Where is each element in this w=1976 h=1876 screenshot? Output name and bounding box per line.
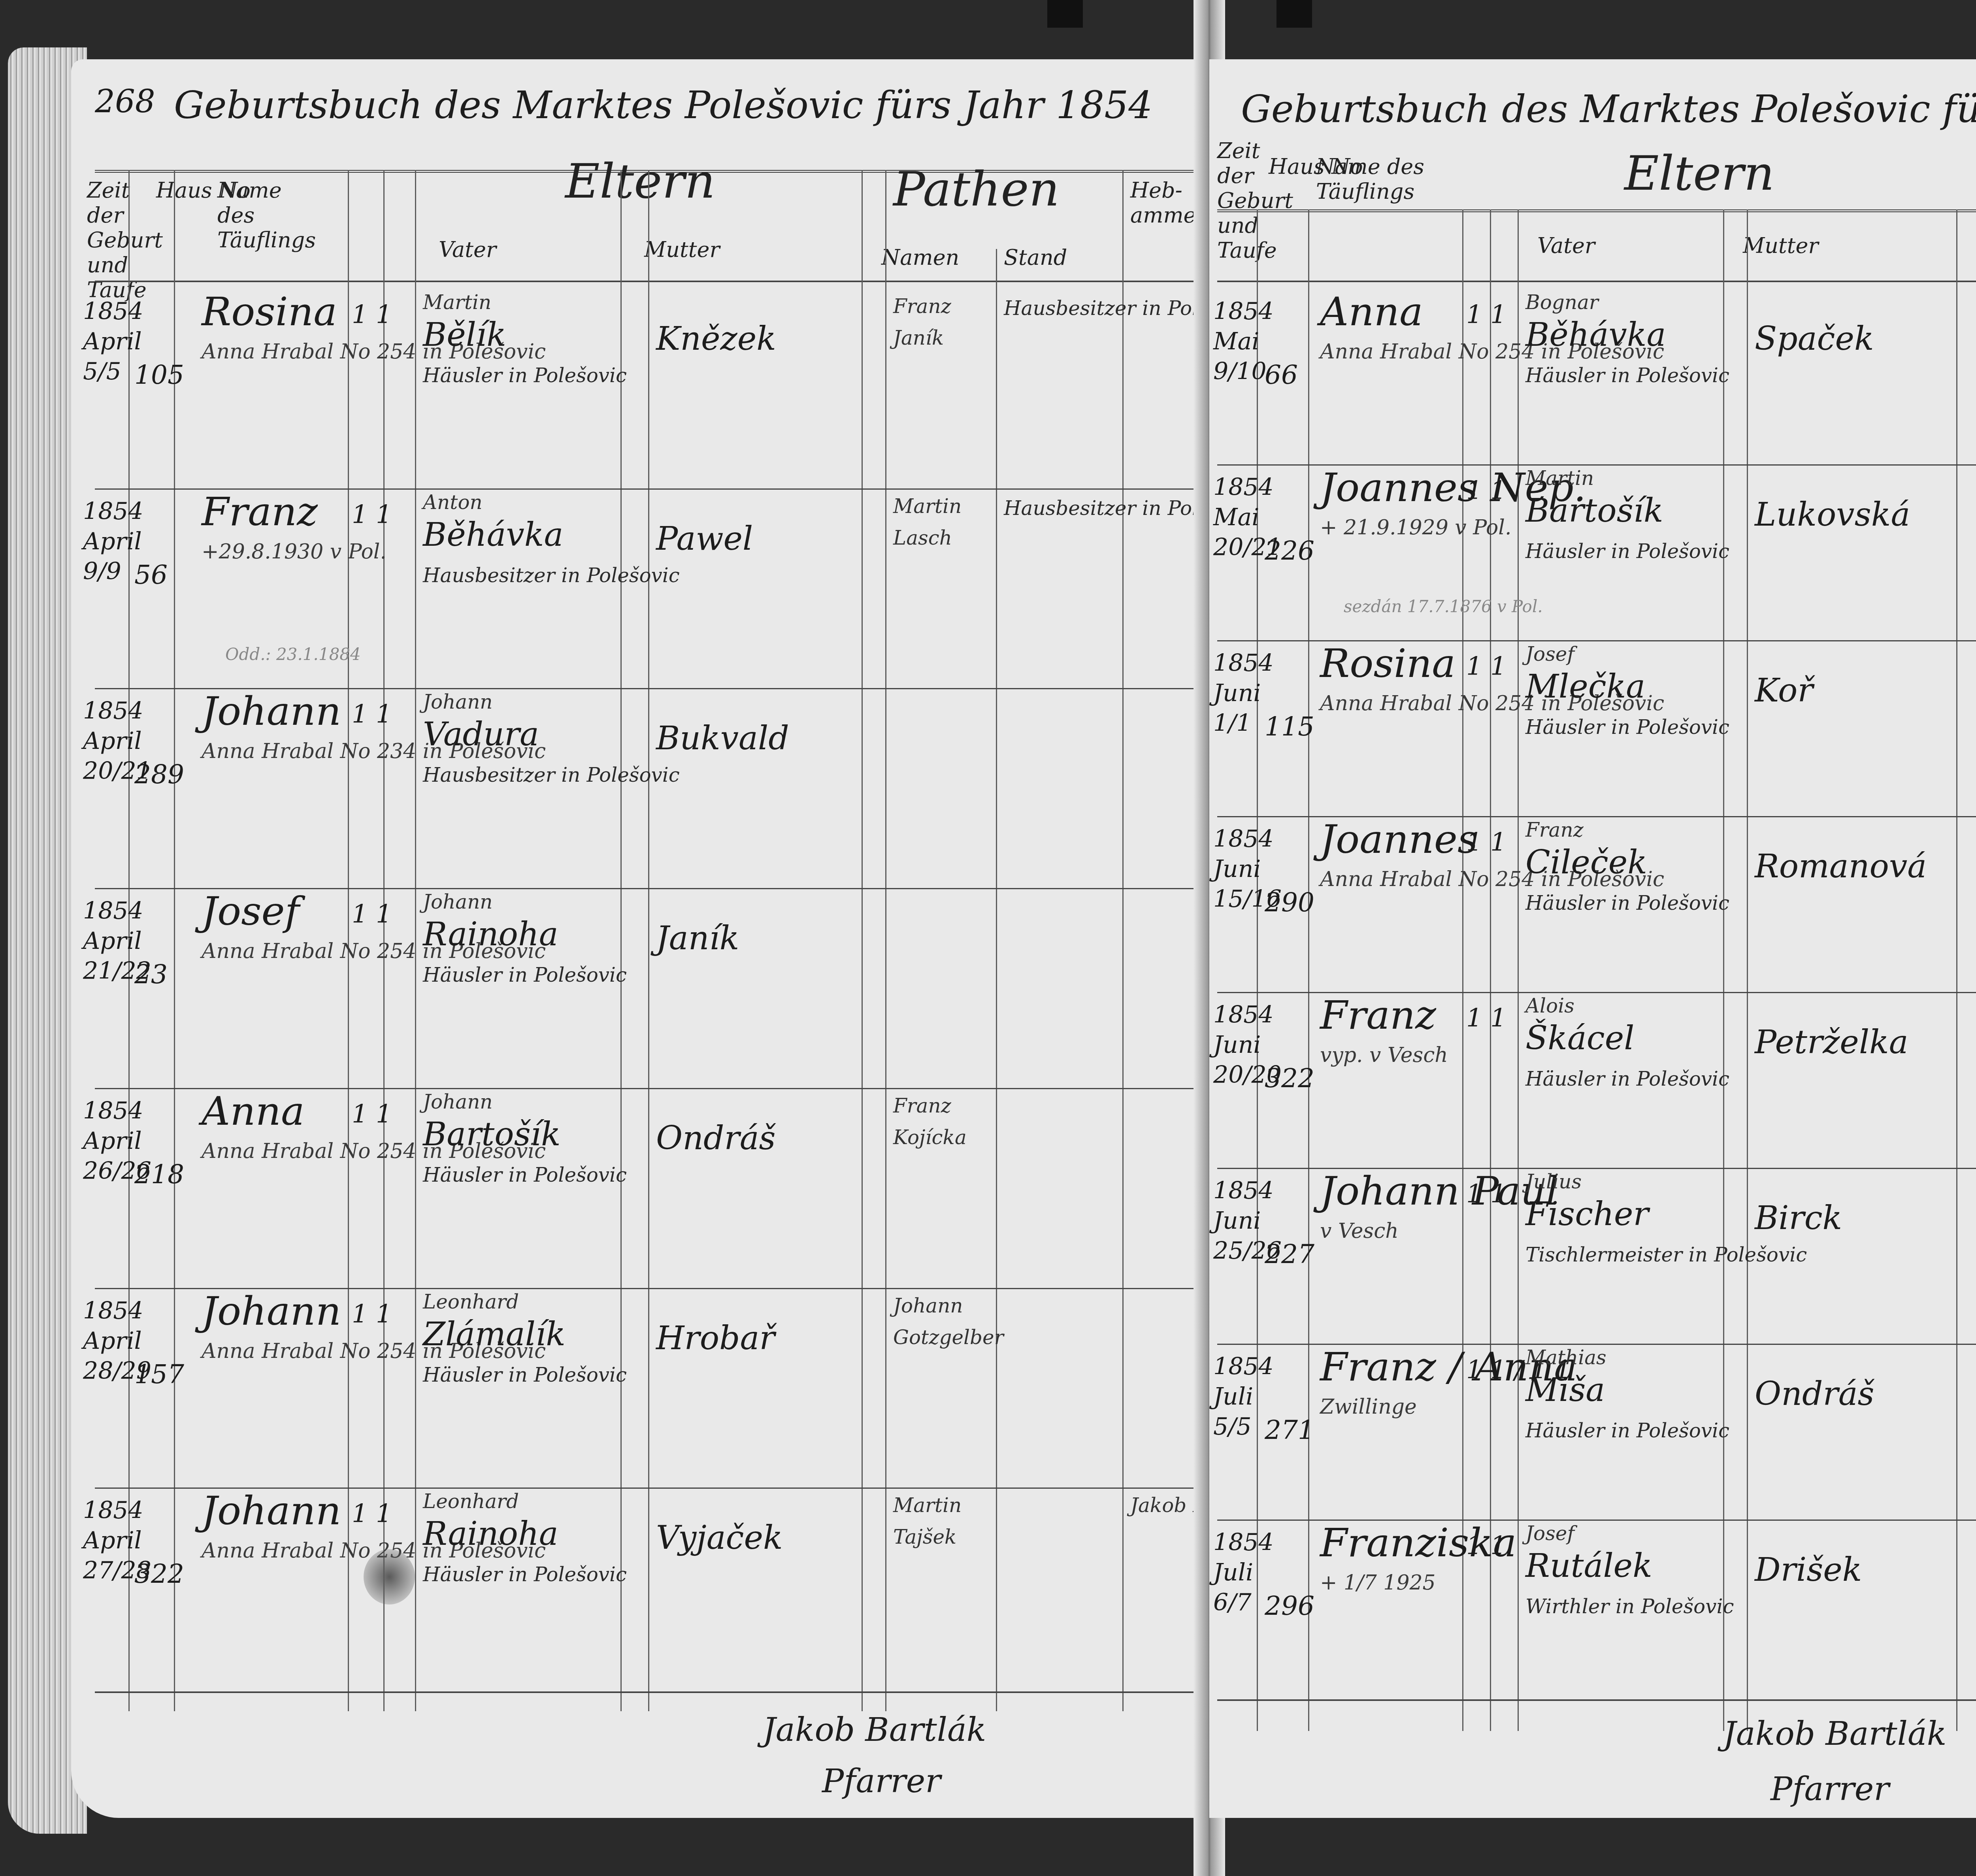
mother-surname: Hrobař — [656, 1320, 775, 1357]
legitimacy-marks: 1 1 — [1466, 1004, 1507, 1033]
priest-title: Pfarrer — [1770, 1770, 1889, 1808]
legitimacy-marks: 1 1 — [1466, 1531, 1507, 1561]
entry-date: 1854 April 28/29 — [83, 1296, 130, 1386]
register-entry: 1854 Juni 1/1115RosinaAnna Hrabal No 254… — [1209, 640, 1976, 816]
legitimacy-marks: 1 1 — [352, 1300, 392, 1329]
page-header: Geburtsbuch des Marktes Polešovic fürs J… — [174, 83, 1152, 127]
house-number: 66 — [1265, 360, 1298, 390]
father-occupation: Häusler in Polešovic — [1525, 1415, 1729, 1446]
entry-date: 1854 Juni 25/26 — [1213, 1176, 1257, 1266]
legitimacy-marks: 1 1 — [1466, 300, 1507, 330]
father-occupation: Häusler in Polešovic — [423, 1559, 627, 1590]
entry-date: 1854 Juni 15/16 — [1213, 824, 1257, 914]
register-entry: 1854 Juni 15/16290JoannesAnna Hrabal No … — [1209, 816, 1976, 992]
child-name: Johann Paul — [1320, 1168, 1559, 1214]
child-name: Anna — [202, 1088, 305, 1134]
legitimacy-marks: 1 1 — [1466, 476, 1507, 505]
father-surname: Zlámalík — [423, 1316, 566, 1353]
father-occupation: Häusler in Polešovic — [1525, 1063, 1729, 1095]
entry-date: 1854 April 27/28 — [83, 1495, 130, 1586]
father-first-name: Julius — [1525, 1168, 1582, 1195]
col-mother-header: Mutter — [1743, 233, 1818, 258]
entry-date: 1854 April 5/5 — [83, 296, 130, 387]
mother-surname: Petrželka — [1755, 1024, 1908, 1061]
mother-surname: Bukvald — [656, 720, 789, 757]
godparent-first-name: Franz — [893, 1092, 951, 1120]
father-first-name: Anton — [423, 488, 483, 516]
entry-divider — [1217, 640, 1976, 641]
godparent-first-name: Franz — [893, 292, 951, 320]
entry-date: 1854 April 9/9 — [83, 496, 130, 586]
child-name: Johann — [202, 1488, 341, 1534]
house-number: 296 — [1265, 1591, 1314, 1621]
house-number: 289 — [134, 759, 184, 790]
child-name: Johann — [202, 688, 341, 734]
house-number: 56 — [134, 560, 168, 590]
father-surname: Rainoha — [423, 1515, 558, 1553]
godparent-first-name: Martin — [893, 492, 962, 520]
father-first-name: Leonhard — [423, 1288, 519, 1316]
priest-title: Pfarrer — [822, 1763, 941, 1800]
col-child-header: Name des Täuflings — [217, 178, 316, 253]
father-surname: Škácel — [1525, 1020, 1634, 1057]
mother-surname: Koř — [1755, 672, 1813, 709]
house-number: 290 — [1265, 887, 1314, 918]
father-occupation: Häusler in Polešovic — [1525, 535, 1729, 567]
father-surname: Běhávka — [1525, 316, 1666, 354]
entry-divider — [1217, 1520, 1976, 1521]
ink-stain — [364, 1549, 415, 1604]
house-number: 227 — [1265, 1239, 1314, 1269]
annotation: Odd.: 23.1.1884 — [225, 645, 361, 664]
col-mother-header: Mutter — [644, 237, 720, 262]
entry-divider — [1217, 1168, 1976, 1169]
father-occupation: Häusler in Polešovic — [423, 360, 627, 391]
father-first-name: Franz — [1525, 816, 1584, 844]
father-occupation: Wirthler in Polešovic — [1525, 1591, 1734, 1622]
page-number: 268 — [95, 83, 155, 120]
entry-divider — [95, 1288, 1201, 1289]
child-name: Johann — [202, 1288, 341, 1334]
priest-signature: Jakob Bartlák — [1723, 1715, 1946, 1753]
register-entry: 1854 April 20/21289JohannAnna Hrabal No … — [71, 688, 1209, 888]
child-note: +29.8.1930 v Pol. — [202, 540, 387, 564]
godparent-surname: Tajšek — [893, 1523, 956, 1551]
entry-divider — [1217, 816, 1976, 817]
child-note: + 21.9.1929 v Pol. — [1320, 516, 1512, 539]
father-surname: Bartošík — [423, 1116, 561, 1153]
house-number: 218 — [134, 1159, 184, 1190]
child-name: Rosina — [202, 288, 337, 335]
father-occupation: Häusler in Polešovic — [1525, 711, 1729, 743]
legitimacy-marks: 1 1 — [352, 1100, 392, 1129]
child-note: + 1/7 1925 — [1320, 1571, 1436, 1595]
entry-divider — [95, 1488, 1201, 1489]
mother-surname: Romanová — [1755, 848, 1927, 885]
house-number: 271 — [1265, 1415, 1314, 1445]
register-entry: 1854 Juni 20/20322Franzvyp. v Vesch1 1Al… — [1209, 992, 1976, 1168]
col-godparent-status-header: Stand — [1004, 245, 1067, 270]
mother-surname: Knězek — [656, 320, 776, 358]
father-first-name: Johann — [423, 1088, 493, 1116]
bookmark-ribbon — [1276, 0, 1312, 28]
mother-surname: Vyjaček — [656, 1519, 783, 1557]
mother-surname: Spaček — [1755, 320, 1874, 358]
father-first-name: Johann — [423, 888, 493, 916]
father-first-name: Leonhard — [423, 1488, 519, 1515]
register-entry: 1854 April 28/29157JohannAnna Hrabal No … — [71, 1288, 1209, 1488]
page-header: Geburtsbuch des Marktes Polešovic fürs J… — [1241, 87, 1976, 131]
entry-date: 1854 Juni 1/1 — [1213, 648, 1257, 738]
mother-surname: Birck — [1755, 1199, 1842, 1237]
father-first-name: Martin — [1525, 464, 1594, 492]
godparent-surname: Gotzgelber — [893, 1324, 1004, 1351]
mother-surname: Ondráš — [656, 1120, 776, 1157]
house-number: 105 — [134, 360, 184, 390]
godparent-first-name: Martin — [893, 1491, 962, 1519]
father-occupation: Tischlermeister in Polešovic — [1525, 1239, 1807, 1271]
father-surname: Cileček — [1525, 844, 1647, 881]
legitimacy-marks: 1 1 — [352, 700, 392, 729]
entry-date: 1854 Juli 6/7 — [1213, 1527, 1257, 1618]
entry-divider — [95, 488, 1201, 490]
father-surname: Miša — [1525, 1371, 1605, 1409]
bottom-rule — [1217, 1699, 1976, 1701]
legitimacy-marks: 1 1 — [352, 1499, 392, 1529]
father-surname: Rainoha — [423, 916, 558, 953]
entry-date: 1854 Juni 20/20 — [1213, 1000, 1257, 1090]
entry-date: 1854 Mai 9/10 — [1213, 296, 1257, 387]
child-name: Rosina — [1320, 640, 1456, 686]
entry-date: 1854 Juli 5/5 — [1213, 1352, 1257, 1442]
register-entry: 1854 Mai 20/21226Joannes Nep.+ 21.9.1929… — [1209, 464, 1976, 640]
father-surname: Bartošík — [1525, 492, 1663, 530]
col-parents-header: Eltern — [1624, 146, 1774, 201]
child-name: Anna — [1320, 288, 1423, 335]
annotation: sezdán 17.7.1876 v Pol. — [1344, 597, 1543, 616]
col-godparents-header: Pathen — [893, 162, 1060, 217]
father-surname: Rutálek — [1525, 1547, 1652, 1585]
col-godparent-name-header: Namen — [881, 245, 959, 270]
header-bottom-rule — [1217, 281, 1976, 282]
mother-surname: Lukovská — [1755, 496, 1910, 534]
header-rule — [1217, 209, 1976, 212]
register-entry: 1854 April 21/2223JosefAnna Hrabal No 25… — [71, 888, 1209, 1088]
godparent-first-name: Johann — [893, 1292, 963, 1320]
child-note: Zwillinge — [1320, 1395, 1417, 1419]
register-entry: 1854 April 5/5105RosinaAnna Hrabal No 25… — [71, 288, 1209, 488]
col-child-header: Name des Täuflings — [1316, 154, 1435, 204]
child-name: Joannes — [1320, 816, 1478, 862]
father-occupation: Hausbesitzer in Polešovic — [423, 560, 680, 591]
legitimacy-marks: 1 1 — [352, 900, 392, 929]
father-occupation: Häusler in Polešovic — [423, 1359, 627, 1391]
entry-date: 1854 April 20/21 — [83, 696, 130, 786]
legitimacy-marks: 1 1 — [1466, 652, 1507, 681]
house-number: 322 — [134, 1559, 184, 1589]
mother-surname: Drišek — [1755, 1551, 1862, 1589]
mother-surname: Ondráš — [1755, 1375, 1874, 1413]
col-midwife-header: Heb-amme — [1130, 178, 1178, 228]
legitimacy-marks: 1 1 — [1466, 828, 1507, 857]
father-surname: Fischer — [1525, 1195, 1649, 1233]
register-entry: 1854 Juni 25/26227Johann Paulv Vesch1 1J… — [1209, 1168, 1976, 1344]
entry-divider — [95, 688, 1201, 689]
register-entry: 1854 April 26/26218AnnaAnna Hrabal No 25… — [71, 1088, 1209, 1288]
godparent-surname: Kojícka — [893, 1124, 967, 1151]
father-occupation: Hausbesitzer in Polešovic — [423, 759, 680, 791]
entry-divider — [95, 888, 1201, 889]
entry-divider — [95, 1088, 1201, 1089]
child-note: v Vesch — [1320, 1219, 1399, 1243]
godparent-surname: Janík — [893, 324, 944, 352]
entry-date: 1854 Mai 20/21 — [1213, 472, 1257, 562]
register-entry: 1854 April 27/28322JohannAnna Hrabal No … — [71, 1488, 1209, 1687]
legitimacy-marks: 1 1 — [1466, 1180, 1507, 1209]
father-first-name: Martin — [423, 288, 491, 316]
child-name: Franz — [1320, 992, 1436, 1038]
father-first-name: Alois — [1525, 992, 1574, 1020]
father-occupation: Häusler in Polešovic — [1525, 887, 1729, 919]
father-surname: Vadura — [423, 716, 539, 753]
father-occupation: Häusler in Polešovic — [423, 959, 627, 991]
child-name: Franz — [202, 488, 318, 535]
entry-date: 1854 April 26/26 — [83, 1096, 130, 1186]
house-number: 23 — [134, 959, 168, 990]
house-number: 322 — [1265, 1063, 1314, 1094]
col-date-header: Zeit der Geburt und Taufe — [1217, 138, 1261, 263]
entry-date: 1854 April 21/22 — [83, 896, 130, 986]
register-entry: 1854 April 9/956Franz+29.8.1930 v Pol.Od… — [71, 488, 1209, 688]
book-scan: 268 Geburtsbuch des Marktes Polešovic fü… — [0, 0, 1976, 1876]
godparent-surname: Lasch — [893, 524, 952, 552]
child-name: Josef — [202, 888, 300, 934]
child-note: vyp. v Vesch — [1320, 1043, 1448, 1067]
priest-signature: Jakob Bartlák — [763, 1711, 986, 1749]
father-surname: Bělík — [423, 316, 506, 354]
register-entry: 1854 Mai 9/1066AnnaAnna Hrabal No 254 in… — [1209, 288, 1976, 464]
house-number: 157 — [134, 1359, 184, 1390]
entry-divider — [1217, 1344, 1976, 1345]
legitimacy-marks: 1 1 — [352, 300, 392, 330]
house-number: 115 — [1265, 711, 1314, 742]
father-first-name: Johann — [423, 688, 493, 716]
father-first-name: Josef — [1525, 1520, 1574, 1547]
father-first-name: Mathias — [1525, 1344, 1606, 1371]
entry-divider — [1217, 464, 1976, 466]
left-page: 268 Geburtsbuch des Marktes Polešovic fü… — [71, 59, 1209, 1818]
father-first-name: Bognar — [1525, 288, 1599, 316]
register-entry: 1854 Juli 5/5271Franz / AnnaZwillinge1 1… — [1209, 1344, 1976, 1520]
col-father-header: Vater — [439, 237, 496, 262]
entry-divider — [1217, 992, 1976, 993]
father-surname: Běhávka — [423, 516, 563, 554]
col-father-header: Vater — [1537, 233, 1595, 258]
father-occupation: Häusler in Polešovic — [423, 1159, 627, 1191]
register-entry: 1854 Juli 6/7296Franziska+ 1/7 19251 1Jo… — [1209, 1520, 1976, 1695]
mother-surname: Pawel — [656, 520, 753, 558]
col-parents-header: Eltern — [565, 154, 715, 209]
col-date-header: Zeit der Geburt und Taufe — [87, 178, 126, 302]
mother-surname: Janík — [656, 920, 739, 957]
bottom-rule — [95, 1691, 1201, 1693]
legitimacy-marks: 1 1 — [352, 500, 392, 530]
father-first-name: Josef — [1525, 640, 1574, 668]
father-occupation: Häusler in Polešovic — [1525, 360, 1729, 391]
father-surname: Mlečka — [1525, 668, 1645, 705]
right-page: Geburtsbuch des Marktes Polešovic fürs J… — [1209, 59, 1976, 1818]
bookmark-ribbon — [1047, 0, 1083, 28]
house-number: 226 — [1265, 535, 1314, 566]
